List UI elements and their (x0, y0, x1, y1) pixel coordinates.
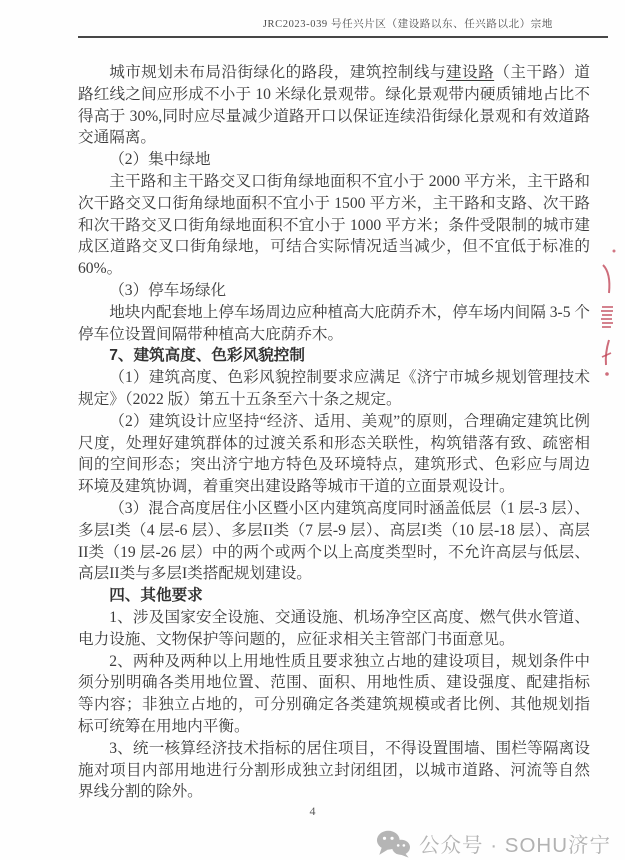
paragraph-other-req-3: 3、统一核算经济技术指标的居住项目，不得设置围墙、围栏等隔离设施对项目内部用地进… (78, 738, 590, 803)
paragraph-height-color-rule1: （1）建筑高度、色彩风貌控制要求应满足《济宁市城乡规划管理技术规定》（2022 … (78, 367, 590, 411)
watermark-label: 公众号 · SOHU济宁 (419, 828, 611, 858)
paragraph-height-color-rule3: （3）混合高度居住小区暨小区内建筑高度同时涵盖低层（1 层-3 层）、多层I类（… (78, 498, 590, 585)
page-number: 4 (0, 804, 625, 819)
paragraph-corner-green-area: 主干路和主干路交叉口街角绿地面积不宜小于 2000 平方米，主干路和次干路交叉口… (78, 171, 590, 280)
wechat-icon (376, 829, 410, 858)
section-heading-4-other-requirements: 四、其他要求 (78, 585, 590, 607)
watermark: 公众号 · SOHU济宁 (376, 828, 611, 858)
document-page: JRC2023-039 号任兴片区（建设路以东、任兴路以北）宗地 城市规划未布局… (0, 0, 625, 860)
paragraph-green-belt: 城市规划未布局沿街绿化的路段，建筑控制线与建设路（主干路）道路红线之间应形成不小… (78, 62, 590, 149)
paragraph-subhead-concentrated-green: （2）集中绿地 (78, 149, 590, 171)
header-doc-ref: JRC2023-039 号任兴片区（建设路以东、任兴路以北）宗地 (263, 16, 553, 31)
paragraph-subhead-parking-green: （3）停车场绿化 (78, 280, 590, 302)
section-heading-7-height-color: 7、建筑高度、色彩风貌控制 (78, 345, 590, 367)
header-rule (78, 36, 608, 38)
paragraph-text: 城市规划未布局沿街绿化的路段，建筑控制线与 (109, 64, 446, 81)
paragraph-parking-trees: 地块内配套地上停车场周边应种植高大庇荫乔木，停车场内间隔 3-5 个停车位设置间… (78, 302, 590, 346)
underlined-road-name: 建设路 (446, 64, 494, 81)
paragraph-height-color-rule2: （2）建筑设计应坚持“经济、适用、美观”的原则，合理确定建筑比例尺度，处理好建筑… (78, 411, 590, 498)
paragraph-other-req-1: 1、涉及国家安全设施、交通设施、机场净空区高度、燃气供水管道、电力设施、文物保护… (78, 607, 590, 651)
paragraph-other-req-2: 2、两种及两种以上用地性质且要求独立占地的建设项目，规划条件中须分别明确各类用地… (78, 651, 590, 738)
document-body: 城市规划未布局沿街绿化的路段，建筑控制线与建设路（主干路）道路红线之间应形成不小… (78, 62, 590, 803)
red-stamp-marks (596, 245, 622, 385)
